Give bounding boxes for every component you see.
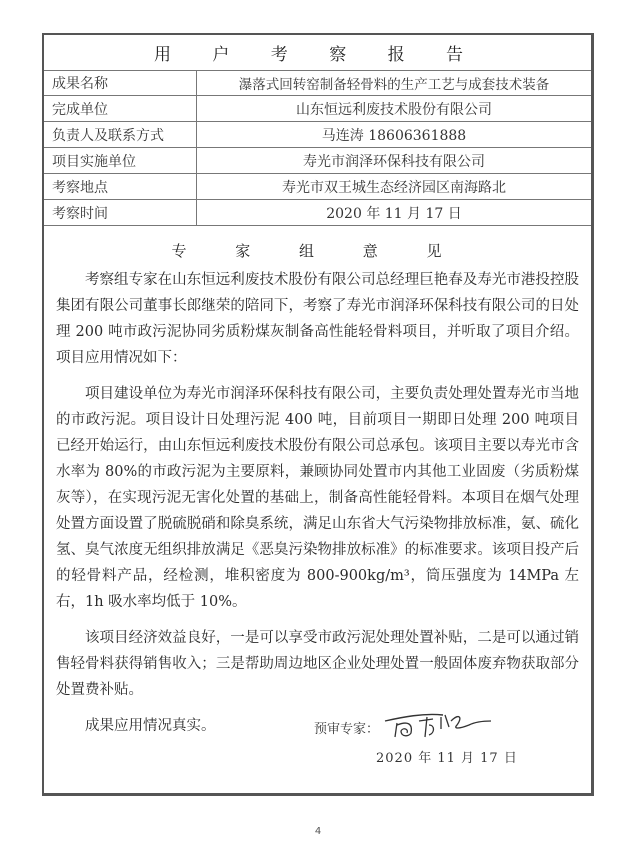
paragraph: 考察组专家在山东恒远利废技术股份有限公司总经理巨艳春及寿光市港投控股集团有限公司…: [56, 267, 579, 371]
field-label: 成果名称: [44, 70, 197, 95]
field-label: 项目实施单位: [44, 148, 197, 173]
field-value: 2020 年 11 月 17 日: [197, 200, 591, 225]
field-label: 考察时间: [44, 200, 197, 225]
info-row-achievement: 成果名称 瀑落式回转窑制备轻骨料的生产工艺与成套技术装备: [44, 70, 591, 96]
report-frame: 用 户 考 察 报 告 成果名称 瀑落式回转窑制备轻骨料的生产工艺与成套技术装备…: [42, 33, 594, 796]
field-value: 寿光市润泽环保科技有限公司: [197, 148, 591, 173]
page-number: 4: [0, 826, 636, 837]
field-value: 山东恒远利废技术股份有限公司: [197, 96, 591, 121]
info-row-implementing-unit: 项目实施单位 寿光市润泽环保科技有限公司: [44, 148, 591, 174]
field-label: 考察地点: [44, 174, 197, 199]
handwritten-signature-icon: [383, 707, 493, 747]
signature-label: 预审专家：: [314, 718, 379, 737]
report-title: 用 户 考 察 报 告: [44, 35, 591, 71]
info-row-location: 考察地点 寿光市双王城生态经济园区南海路北: [44, 174, 591, 200]
signature-block: 预审专家：: [314, 707, 493, 747]
info-row-date: 考察时间 2020 年 11 月 17 日: [44, 200, 591, 226]
field-value: 寿光市双王城生态经济园区南海路北: [197, 174, 591, 199]
paragraph: 项目建设单位为寿光市润泽环保科技有限公司，主要负责处理处置寿光市当地的市政污泥。…: [56, 381, 579, 615]
info-row-completing-unit: 完成单位 山东恒远利废技术股份有限公司: [44, 96, 591, 122]
info-row-contact: 负责人及联系方式 马连涛 18606361888: [44, 122, 591, 148]
field-label: 完成单位: [44, 96, 197, 121]
field-label: 负责人及联系方式: [44, 122, 197, 147]
field-value: 马连涛 18606361888: [197, 122, 591, 147]
signature-date: 2020 年 11 月 17 日: [376, 747, 518, 766]
opinion-title: 专 家 组 意 见: [44, 240, 591, 261]
paragraph: 该项目经济效益良好，一是可以享受市政污泥处理处置补贴，二是可以通过销售轻骨料获得…: [56, 625, 579, 703]
opinion-body: 考察组专家在山东恒远利废技术股份有限公司总经理巨艳春及寿光市港投控股集团有限公司…: [56, 267, 579, 749]
info-table: 成果名称 瀑落式回转窑制备轻骨料的生产工艺与成套技术装备 完成单位 山东恒远利废…: [44, 70, 591, 226]
field-value: 瀑落式回转窑制备轻骨料的生产工艺与成套技术装备: [197, 70, 591, 95]
